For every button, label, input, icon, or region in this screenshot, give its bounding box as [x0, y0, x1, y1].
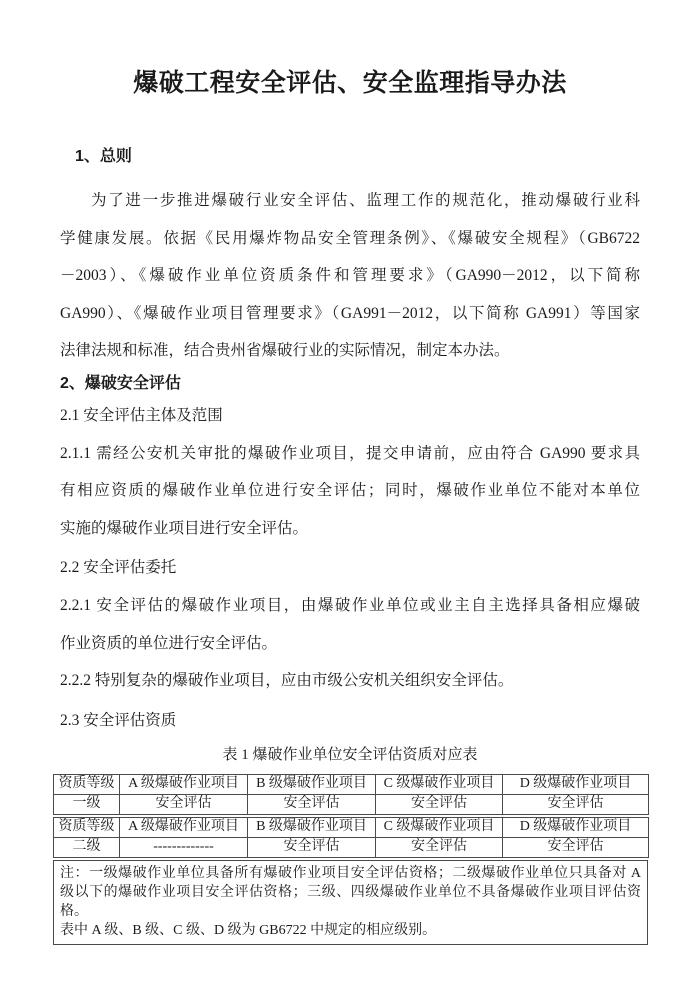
table-cell: 安全评估 [248, 837, 376, 857]
table-note-line: 注：一级爆破作业单位具备所有爆破作业项目安全评估资格；二级爆破作业单位只具备对 … [60, 864, 641, 883]
intro-paragraph: 为了进一步推进爆破行业安全评估、监理工作的规范化，推动爆破行业科 学健康发展。依… [60, 182, 640, 370]
table-cell: 安全评估 [376, 794, 503, 814]
table-cell: 安全评估 [248, 794, 376, 814]
table-header-cell: C 级爆破作业项目 [376, 774, 503, 794]
qualification-table-grade-2: 资质等级 A 级爆破作业项目 B 级爆破作业项目 C 级爆破作业项目 D 级爆破… [53, 817, 649, 858]
document-body: 1、总则 为了进一步推进爆破行业安全评估、监理工作的规范化，推动爆破行业科 学健… [0, 146, 700, 945]
intro-line: －2003）、《爆破作业单位资质条件和管理要求》（GA990－2012，以下简称 [60, 257, 640, 295]
table-caption: 表 1 爆破作业单位安全评估资质对应表 [60, 744, 640, 766]
table-note-line: 表中 A 级、B 级、C 级、D 级为 GB6722 中规定的相应级别。 [60, 921, 641, 940]
document-title: 爆破工程安全评估、安全监理指导办法 [0, 0, 700, 100]
table-cell: 安全评估 [503, 837, 649, 857]
table-header-cell: B 级爆破作业项目 [248, 774, 376, 794]
grade-cell: 二级 [54, 837, 120, 857]
section-1-heading: 1、总则 [60, 146, 640, 168]
table-cell: 安全评估 [120, 794, 248, 814]
intro-line: 法律法规和标准，结合贵州省爆破行业的实际情况，制定本办法。 [60, 332, 640, 370]
table-header-cell: 资质等级 [54, 817, 120, 837]
intro-line: GA990）、《爆破作业项目管理要求》（GA991－2012，以下简称 GA99… [60, 295, 640, 333]
qualification-table-grade-1: 资质等级 A 级爆破作业项目 B 级爆破作业项目 C 级爆破作业项目 D 级爆破… [53, 774, 649, 815]
section-2-2-heading: 2.2 安全评估委托 [60, 557, 640, 579]
qualification-table-group: 资质等级 A 级爆破作业项目 B 级爆破作业项目 C 级爆破作业项目 D 级爆破… [53, 774, 648, 945]
table-row: 一级 安全评估 安全评估 安全评估 安全评估 [54, 794, 649, 814]
table-note-line: 级以下的爆破作业项目安全评估资格；三级、四级爆破作业单位不具备爆破作业项目评估资 [60, 883, 641, 902]
paragraph-line: 作业资质的单位进行安全评估。 [60, 625, 640, 663]
paragraph-2-2-2: 2.2.2 特别复杂的爆破作业项目，应由市级公安机关组织安全评估。 [60, 662, 640, 700]
table-note: 注：一级爆破作业单位具备所有爆破作业项目安全评估资格；二级爆破作业单位只具备对 … [53, 860, 648, 945]
section-2-1-heading: 2.1 安全评估主体及范围 [60, 405, 640, 427]
table-cell: 安全评估 [376, 837, 503, 857]
paragraph-line: 有相应资质的爆破作业单位进行安全评估；同时，爆破作业单位不能对本单位 [60, 472, 640, 510]
section-2-heading: 2、爆破安全评估 [60, 373, 640, 395]
table-header-row: 资质等级 A 级爆破作业项目 B 级爆破作业项目 C 级爆破作业项目 D 级爆破… [54, 774, 649, 794]
document-page: 爆破工程安全评估、安全监理指导办法 1、总则 为了进一步推进爆破行业安全评估、监… [0, 0, 700, 990]
table-header-cell: A 级爆破作业项目 [120, 817, 248, 837]
table-header-cell: C 级爆破作业项目 [376, 817, 503, 837]
table-note-line: 格。 [60, 902, 641, 921]
paragraph-2-2-1: 2.2.1 安全评估的爆破作业项目，由爆破作业单位或业主自主选择具备相应爆破 作… [60, 587, 640, 662]
table-header-cell: D 级爆破作业项目 [503, 774, 649, 794]
table-cell: 安全评估 [503, 794, 649, 814]
grade-cell: 一级 [54, 794, 120, 814]
paragraph-line: 2.2.1 安全评估的爆破作业项目，由爆破作业单位或业主自主选择具备相应爆破 [60, 587, 640, 625]
table-header-row: 资质等级 A 级爆破作业项目 B 级爆破作业项目 C 级爆破作业项目 D 级爆破… [54, 817, 649, 837]
table-cell: ------------- [120, 837, 248, 857]
table-header-cell: B 级爆破作业项目 [248, 817, 376, 837]
table-header-cell: D 级爆破作业项目 [503, 817, 649, 837]
table-header-cell: A 级爆破作业项目 [120, 774, 248, 794]
paragraph-2-1-1: 2.1.1 需经公安机关审批的爆破作业项目，提交申请前，应由符合 GA990 要… [60, 435, 640, 548]
intro-line: 学健康发展。依据《民用爆炸物品安全管理条例》、《爆破安全规程》（GB6722 [60, 220, 640, 258]
section-2-3-heading: 2.3 安全评估资质 [60, 710, 640, 732]
table-row: 二级 ------------- 安全评估 安全评估 安全评估 [54, 837, 649, 857]
paragraph-line: 实施的爆破作业项目进行安全评估。 [60, 510, 640, 548]
intro-line: 为了进一步推进爆破行业安全评估、监理工作的规范化，推动爆破行业科 [60, 182, 640, 220]
table-header-cell: 资质等级 [54, 774, 120, 794]
paragraph-line: 2.1.1 需经公安机关审批的爆破作业项目，提交申请前，应由符合 GA990 要… [60, 435, 640, 473]
